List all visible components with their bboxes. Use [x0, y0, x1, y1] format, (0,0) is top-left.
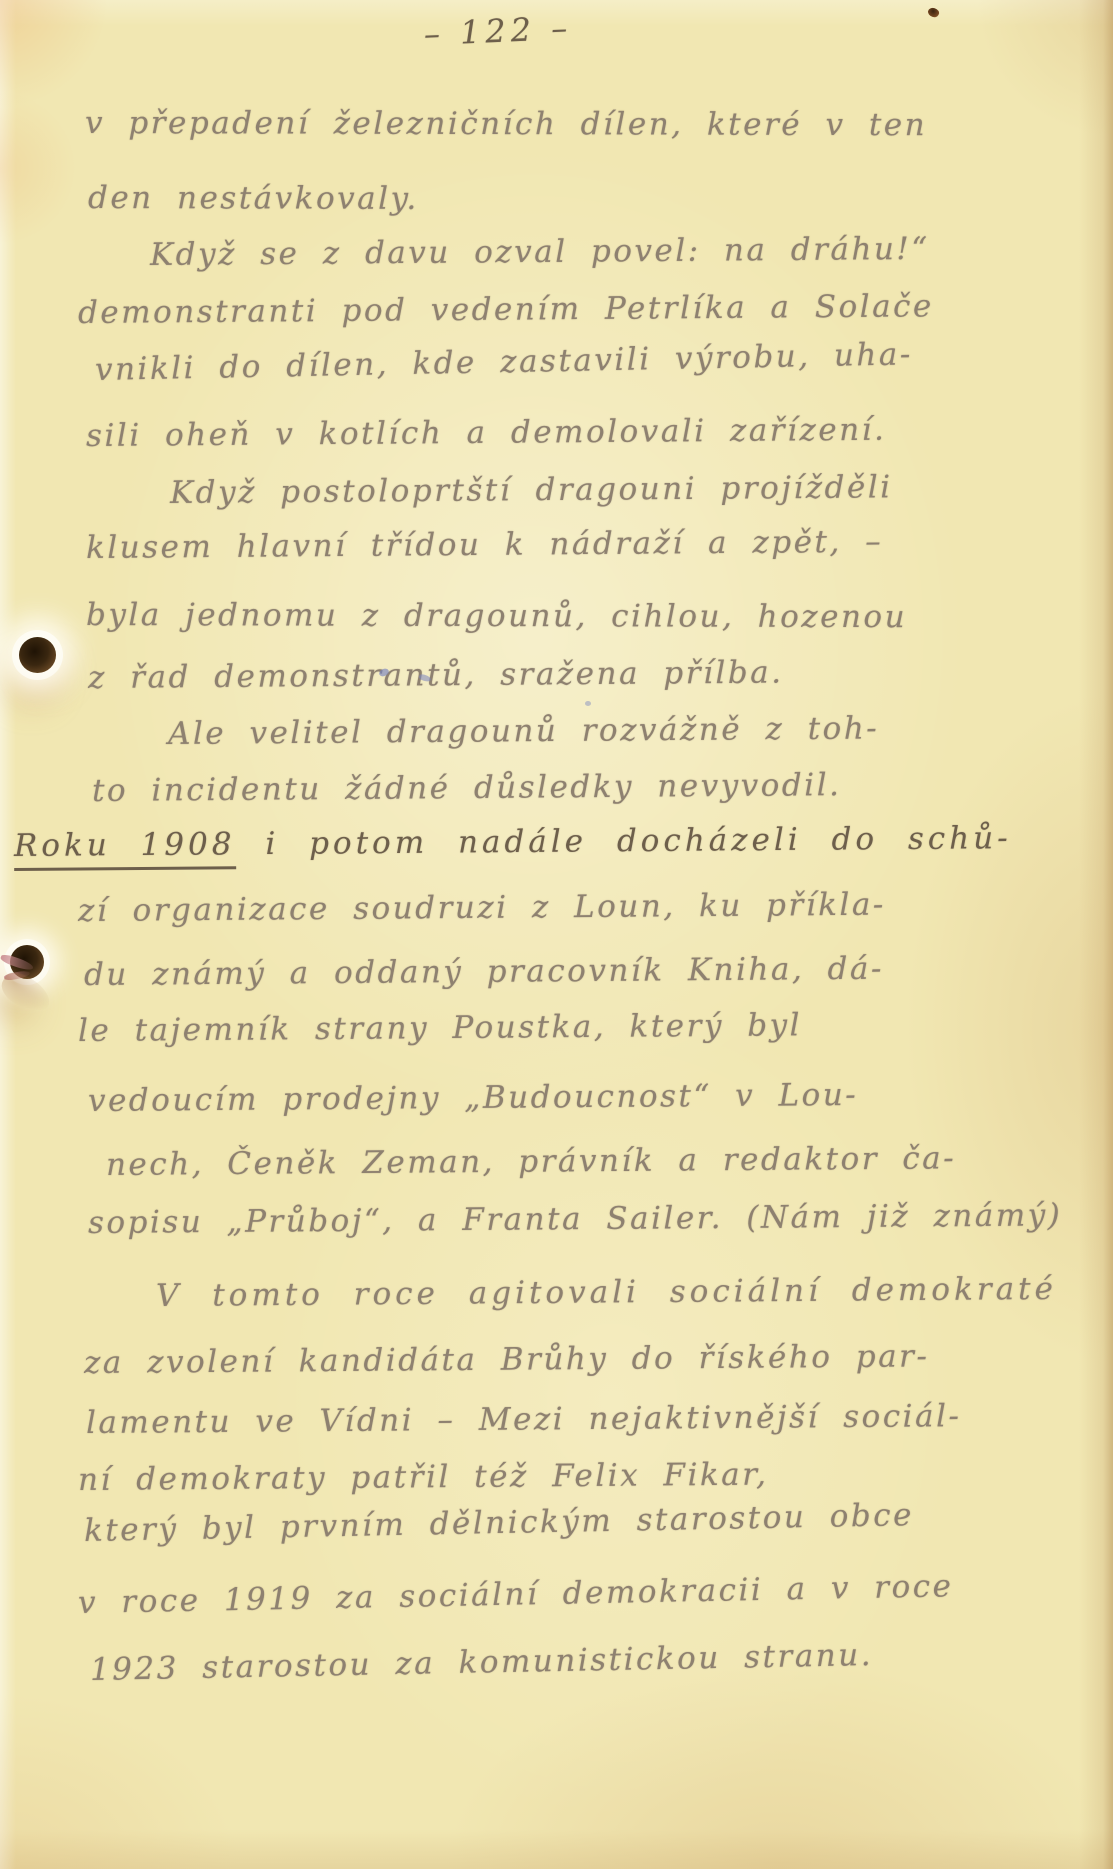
manuscript-line: Roku 1908 i potom nadále docházeli do sc… [14, 820, 1012, 864]
manuscript-line: vnikli do dílen, kde zastavili výrobu, u… [95, 336, 913, 388]
manuscript-line: v přepadení železničních dílen, které v … [85, 105, 927, 143]
punch-hole-pit [19, 637, 56, 673]
line-text: sopisu „Průboj“, a Franta Sailer. (Nám j… [88, 1197, 1063, 1241]
line-text: Když se z davu ozval povel: na dráhu!“ [150, 231, 930, 273]
line-text: 1923 starostou za komunistickou stranu. [90, 1637, 874, 1688]
paper-speck [926, 6, 940, 20]
line-text: i potom nadále docházeli do schů- [235, 820, 1011, 862]
manuscript-line: Ale velitel dragounů rozvážně z toh- [168, 710, 879, 752]
page-number: – 122 – [387, 7, 608, 55]
manuscript-line: zí organizace soudruzi z Loun, ku příkla… [78, 887, 886, 929]
ink-speck [585, 701, 591, 706]
manuscript-line: demonstranti pod vedením Petrlíka a Sola… [78, 288, 934, 331]
manuscript-line: byla jednomu z dragounů, cihlou, hozenou [86, 597, 907, 635]
line-text: ní demokraty patřil též Felix Fikar, [78, 1457, 769, 1498]
manuscript-line: za zvolení kandidáta Brůhy do říského pa… [84, 1338, 930, 1381]
manuscript-line: V tomto roce agitovali sociální demokrat… [156, 1271, 1057, 1314]
manuscript-line: le tajemník strany Poustka, který byl [78, 1007, 802, 1049]
manuscript-line: lamentu ve Vídni – Mezi nejaktivnější so… [86, 1398, 962, 1441]
line-text: v roce 1919 za sociální demokracii a v r… [78, 1568, 954, 1621]
manuscript-line: z řad demonstrantů, sražena přílba. [88, 655, 784, 696]
underlined-date: Roku 1908 [14, 826, 236, 871]
manuscript-line: vedoucím prodejny „Budoucnost“ v Lou- [88, 1077, 858, 1119]
line-text: za zvolení kandidáta Brůhy do říského pa… [84, 1338, 930, 1381]
line-text: zí organizace soudruzi z Loun, ku příkla… [78, 887, 886, 929]
manuscript-line: nech, Čeněk Zeman, právník a redaktor ča… [106, 1140, 956, 1183]
manuscript-line: Když se z davu ozval povel: na dráhu!“ [150, 231, 930, 273]
manuscript-line: sili oheň v kotlích a demolovali zařízen… [86, 412, 887, 454]
manuscript-line: který byl prvním dělnickým starostou obc… [84, 1497, 915, 1549]
line-text: který byl prvním dělnickým starostou obc… [84, 1497, 915, 1549]
line-text: byla jednomu z dragounů, cihlou, hozenou [86, 597, 907, 635]
line-text: lamentu ve Vídni – Mezi nejaktivnější so… [86, 1398, 962, 1441]
line-text: den nestávkovaly. [88, 180, 419, 217]
line-text: klusem hlavní třídou k nádraží a zpět, – [86, 524, 883, 566]
line-text: le tajemník strany Poustka, který byl [78, 1007, 802, 1049]
line-text: du známý a oddaný pracovník Kniha, dá- [84, 951, 884, 993]
line-text: vnikli do dílen, kde zastavili výrobu, u… [95, 336, 913, 388]
line-text: sili oheň v kotlích a demolovali zařízen… [86, 412, 887, 454]
manuscript-page: – 122 – v přepadení železničních dílen, … [0, 0, 1113, 1869]
manuscript-line: v roce 1919 za sociální demokracii a v r… [78, 1568, 954, 1621]
line-text: nech, Čeněk Zeman, právník a redaktor ča… [106, 1140, 956, 1183]
manuscript-line: den nestávkovaly. [88, 180, 419, 217]
line-text: v přepadení železničních dílen, které v … [85, 105, 927, 143]
line-text: vedoucím prodejny „Budoucnost“ v Lou- [88, 1077, 858, 1119]
manuscript-line: sopisu „Průboj“, a Franta Sailer. (Nám j… [88, 1197, 1063, 1241]
line-text: V tomto roce agitovali sociální demokrat… [156, 1271, 1057, 1314]
line-text: z řad demonstrantů, sražena přílba. [88, 655, 784, 696]
manuscript-line: du známý a oddaný pracovník Kniha, dá- [84, 951, 884, 993]
manuscript-line: Když postoloprtští dragouni projížděli [170, 469, 893, 511]
manuscript-line: to incidentu žádné důsledky nevyvodil. [92, 767, 842, 809]
manuscript-line: ní demokraty patřil též Felix Fikar, [78, 1457, 769, 1498]
line-text: to incidentu žádné důsledky nevyvodil. [92, 767, 842, 809]
punch-hole-top [19, 637, 56, 673]
line-text: Když postoloprtští dragouni projížděli [170, 469, 893, 511]
manuscript-line: 1923 starostou za komunistickou stranu. [90, 1637, 874, 1688]
manuscript-line: klusem hlavní třídou k nádraží a zpět, – [86, 524, 883, 566]
line-text: Ale velitel dragounů rozvážně z toh- [168, 710, 879, 752]
line-text: demonstranti pod vedením Petrlíka a Sola… [78, 288, 934, 331]
